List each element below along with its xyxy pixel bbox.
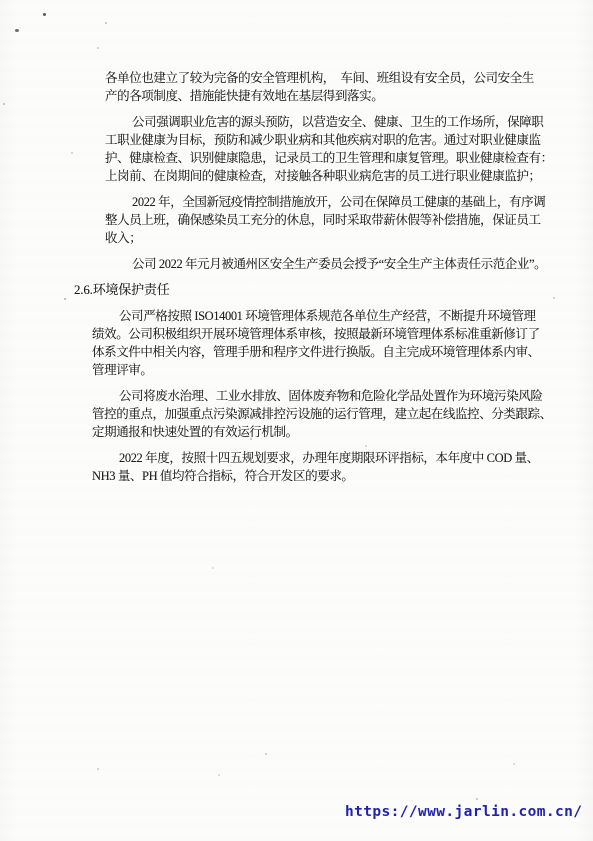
paragraph-pollution-control: 公司将废水治理、工业水排放、固体废弃物和危险化学品处置作为环境污染风险 管控的重… [92,387,564,441]
scan-speck [476,798,478,800]
scan-speck [212,567,214,569]
scan-speck [71,152,73,154]
watermark-url-link[interactable]: https://www.jarlin.com.cn/ [345,804,582,820]
paragraph-safety-award: 公司 2022 年元月被通州区安全生产委员会授予“安全生产主体责任示范企业”。 [105,255,585,273]
text-block-environment: 公司严格按照 ISO14001 环境管理体系规范各单位生产经营，不断提升环境管理… [92,307,564,493]
scan-speck [513,763,515,765]
scan-speck [218,774,220,776]
section-heading-2-6: 2.6.环境保护责任 [74,281,170,299]
paragraph-occupational-health: 公司强调职业危害的源头预防，以营造安全、健康、卫生的工作场所，保障职 工职业健康… [105,113,585,185]
scan-speck [265,753,267,755]
paragraph-covid-measures: 2022 年，全国新冠疫情控制措施放开，公司在保障员工健康的基础上，有序调 整人… [105,193,585,247]
scan-speck [553,297,555,299]
scan-speck [64,298,66,300]
scan-speck [15,29,19,32]
scan-speck [3,103,5,105]
scan-speck [250,438,252,440]
scan-speck [105,22,107,24]
scanned-document-page: 各单位也建立了较为完备的安全管理机构， 车间、班组设有安全员，公司安全生 产的各… [0,0,593,841]
paragraph-iso14001: 公司严格按照 ISO14001 环境管理体系规范各单位生产经营，不断提升环境管理… [92,307,564,379]
scan-speck [365,445,367,447]
paragraph-safety-org: 各单位也建立了较为完备的安全管理机构， 车间、班组设有安全员，公司安全生 产的各… [105,69,585,105]
paragraph-env-targets: 2022 年度，按照十四五规划要求，办理年度期限环评指标，本年度中 COD 量、… [92,449,564,485]
scan-speck [43,13,46,16]
scan-speck [97,47,99,49]
text-block-top: 各单位也建立了较为完备的安全管理机构， 车间、班组设有安全员，公司安全生 产的各… [105,69,585,281]
scan-speck [97,768,99,770]
